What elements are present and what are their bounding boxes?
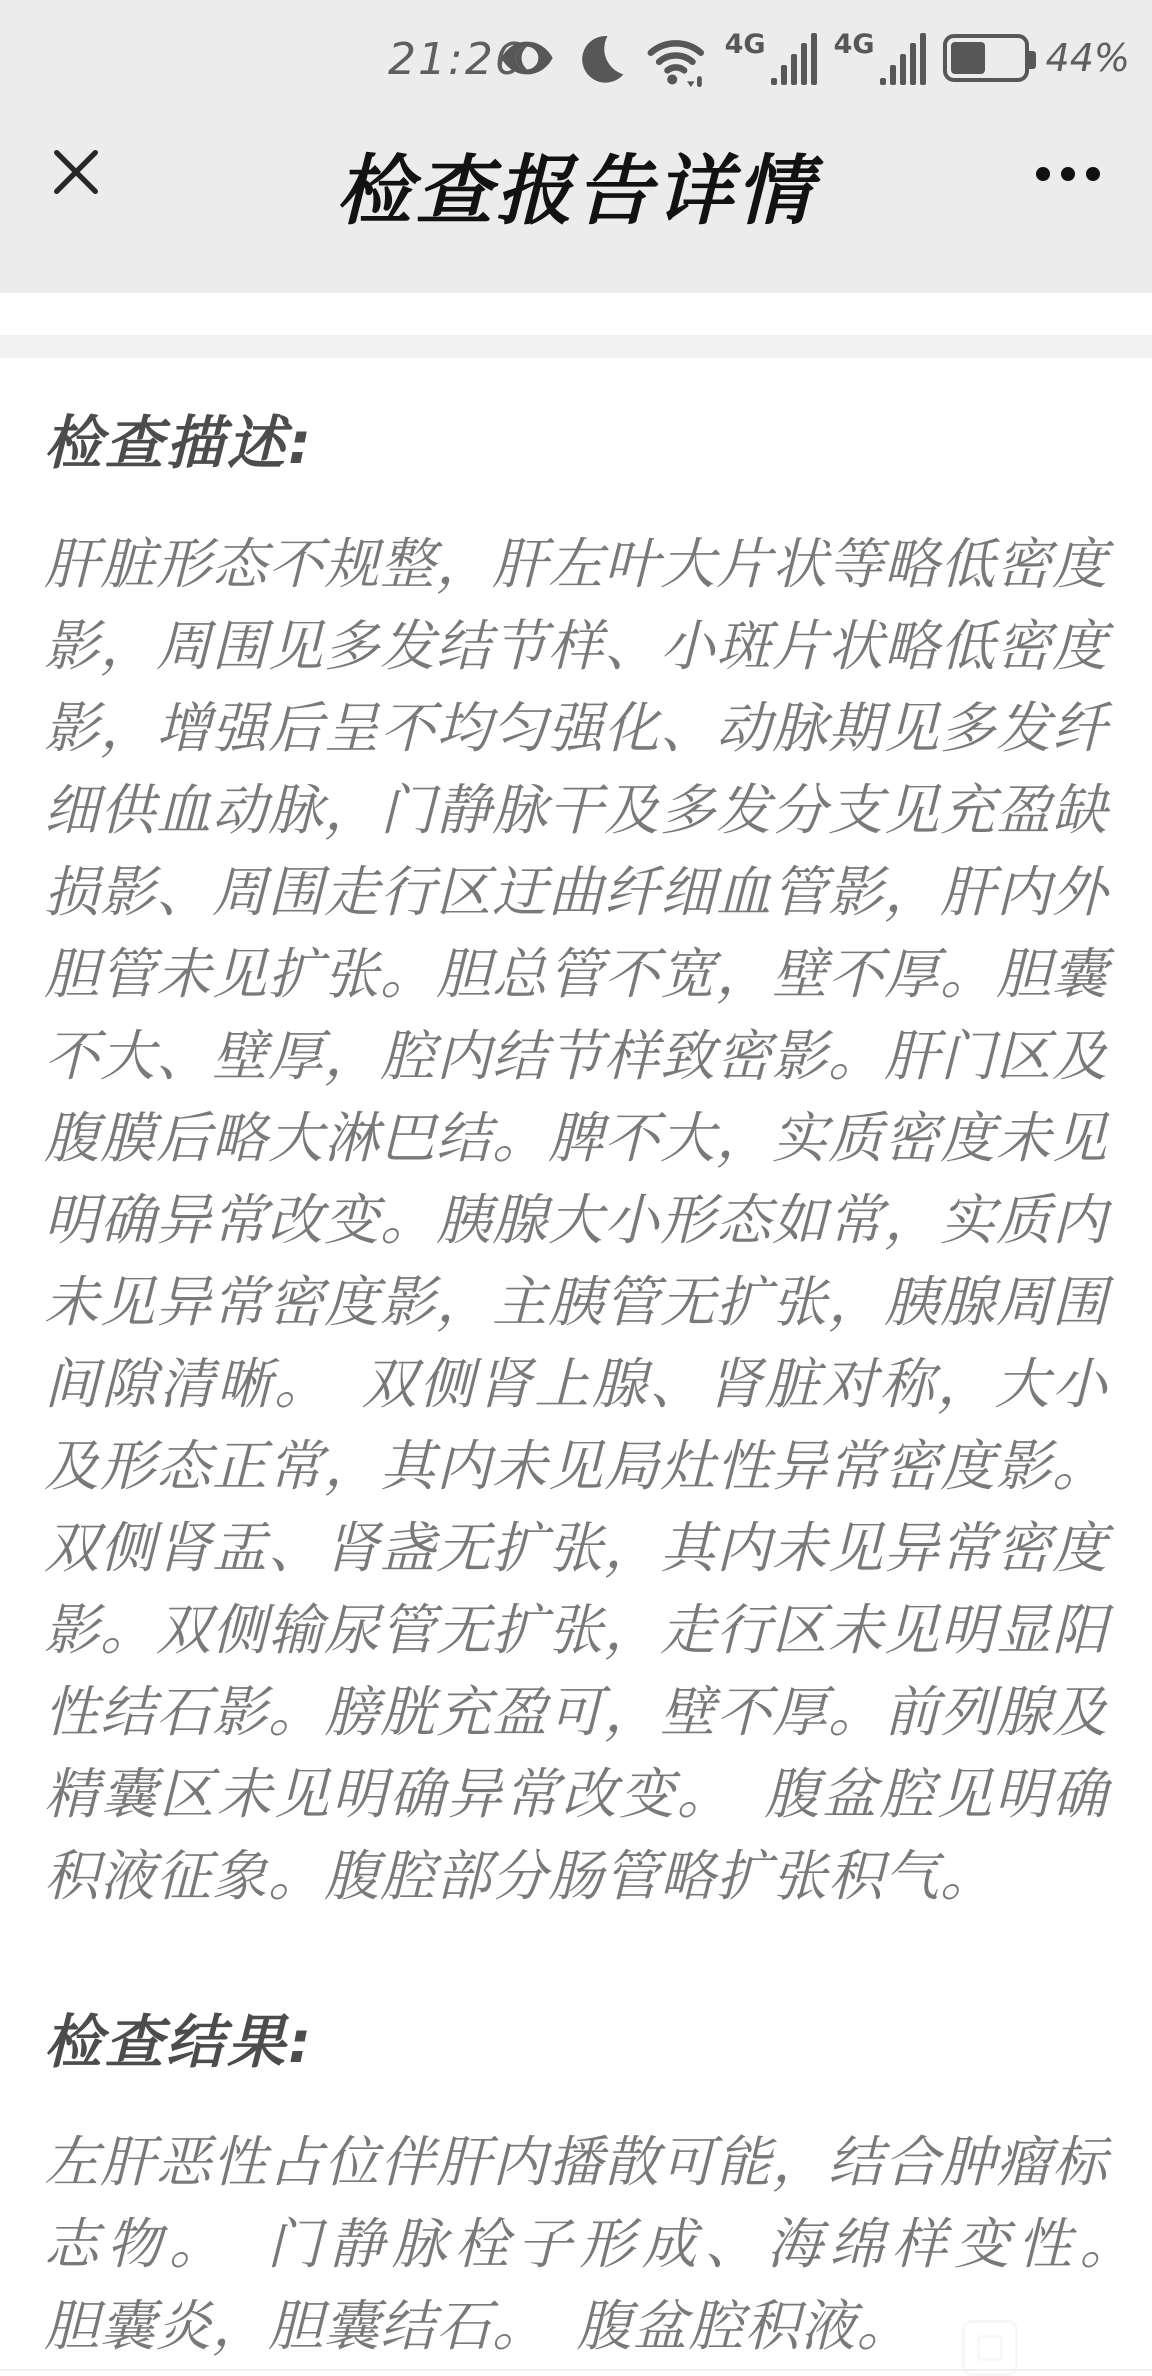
moon-icon	[573, 30, 629, 86]
battery-icon	[943, 34, 1029, 82]
eye-icon	[498, 29, 556, 87]
bottom-hairline	[0, 2369, 1152, 2371]
network-type-label-2: 4G	[834, 31, 875, 58]
result-text: 左肝恶性占位伴肝内播散可能，结合肿瘤标志物。 门静脉栓子形成、海绵样变性。 胆囊…	[44, 2121, 1108, 2367]
report-content[interactable]: 检查描述: 肝脏形态不规整，肝左叶大片状等略低密度影，周围见多发结节样、小斑片状…	[0, 358, 1152, 2376]
status-bar: 21:26	[0, 0, 1152, 112]
separator-white-band	[0, 293, 1152, 335]
signal-bars-icon	[771, 31, 817, 85]
more-icon	[1036, 167, 1100, 181]
more-menu-button[interactable]	[1036, 154, 1100, 194]
status-icons: 4G 4G 44%	[498, 26, 1130, 90]
watermark	[962, 2320, 1018, 2376]
description-text: 肝脏形态不规整，肝左叶大片状等略低密度影，周围见多发结节样、小斑片状略低密度影，…	[44, 523, 1108, 1917]
signal-sim2-icon: 4G	[834, 31, 926, 85]
separator-gray-band	[0, 335, 1152, 358]
wifi-icon	[646, 29, 708, 87]
top-chrome: 21:26	[0, 0, 1152, 293]
network-type-label-1: 4G	[725, 31, 766, 58]
result-heading: 检查结果:	[44, 2009, 1108, 2076]
signal-bars-icon	[880, 31, 926, 85]
description-heading: 检查描述:	[44, 410, 1108, 477]
nav-bar: 检查报告详情	[0, 112, 1152, 293]
battery-percent: 44%	[1046, 36, 1130, 80]
page-title: 检查报告详情	[0, 130, 1152, 239]
signal-sim1-icon: 4G	[725, 31, 817, 85]
report-detail-screen: 21:26	[0, 0, 1152, 2376]
